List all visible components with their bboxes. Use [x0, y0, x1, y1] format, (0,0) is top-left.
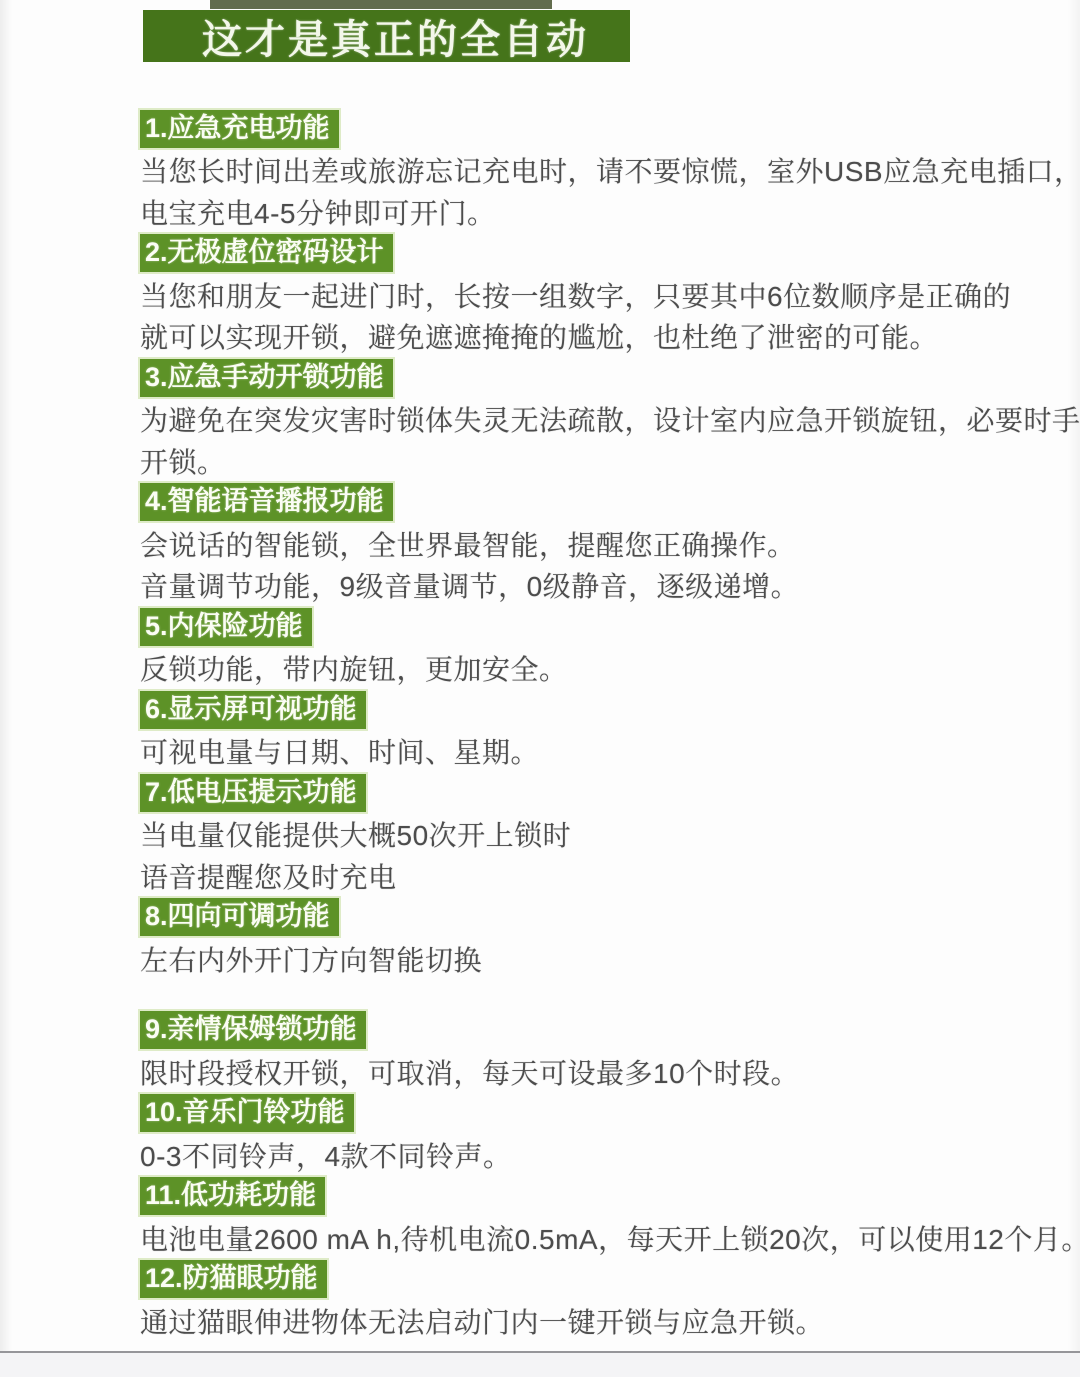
features-list: 1.应急充电功能 当您长时间出差或旅游忘记充电时，请不要惊慌，室外USB应急充电… — [140, 108, 1020, 1342]
footer-area — [0, 1353, 1080, 1377]
feature-heading: 11.低功耗功能 — [140, 1177, 325, 1215]
feature-text-line: 电宝充电4-5分钟即可开门。 — [140, 192, 495, 232]
feature-heading: 6.显示屏可视功能 — [140, 691, 366, 729]
feature-item-9: 9.亲情保姆锁功能 限时段授权开锁，可取消，每天可设最多10个时段。 — [140, 1010, 1020, 1093]
feature-heading: 1.应急充电功能 — [140, 110, 339, 148]
feature-heading: 8.四向可调功能 — [140, 898, 339, 936]
feature-text-line: 当您长时间出差或旅游忘记充电时，请不要惊慌，室外USB应急充电插口，充 — [140, 150, 1080, 190]
feature-text-line: 反锁功能，带内旋钮，更加安全。 — [140, 648, 568, 688]
feature-item-12: 12.防猫眼功能 通过猫眼伸进物体无法启动门内一键开锁与应急开锁。 — [140, 1259, 1020, 1342]
feature-text-line: 会说话的智能锁，全世界最智能，提醒您正确操作。 — [140, 524, 796, 564]
feature-text-line: 当您和朋友一起进门时，长按一组数字，只要其中6位数顺序是正确的 — [140, 275, 1011, 315]
feature-text-line: 就可以实现开锁，避免遮遮掩掩的尴尬，也杜绝了泄密的可能。 — [140, 316, 938, 356]
feature-text-line: 开锁。 — [140, 441, 226, 481]
feature-heading: 5.内保险功能 — [140, 608, 312, 646]
feature-item-1: 1.应急充电功能 当您长时间出差或旅游忘记充电时，请不要惊慌，室外USB应急充电… — [140, 108, 1020, 233]
feature-item-6: 6.显示屏可视功能 可视电量与日期、时间、星期。 — [140, 689, 1020, 772]
feature-text-line: 当电量仅能提供大概50次开上锁时 — [140, 814, 571, 854]
feature-text-line: 电池电量2600 mA h,待机电流0.5mA，每天开上锁20次，可以使用12个… — [140, 1218, 1080, 1258]
feature-text-line: 左右内外开门方向智能切换 — [140, 939, 482, 979]
feature-item-8: 8.四向可调功能 左右内外开门方向智能切换 — [140, 897, 1020, 980]
feature-heading: 4.智能语音播报功能 — [140, 483, 393, 521]
product-description-page: 这才是真正的全自动 1.应急充电功能 当您长时间出差或旅游忘记充电时，请不要惊慌… — [0, 0, 1080, 1377]
feature-heading: 9.亲情保姆锁功能 — [140, 1011, 366, 1049]
feature-item-7: 7.低电压提示功能 当电量仅能提供大概50次开上锁时 语音提醒您及时充电 — [140, 772, 1020, 897]
feature-text-line: 限时段授权开锁，可取消，每天可设最多10个时段。 — [140, 1052, 799, 1092]
feature-heading: 2.无极虚位密码设计 — [140, 234, 393, 272]
feature-item-2: 2.无极虚位密码设计 当您和朋友一起进门时，长按一组数字，只要其中6位数顺序是正… — [140, 233, 1020, 358]
feature-heading: 12.防猫眼功能 — [140, 1260, 327, 1298]
feature-item-5: 5.内保险功能 反锁功能，带内旋钮，更加安全。 — [140, 606, 1020, 689]
feature-text-line: 可视电量与日期、时间、星期。 — [140, 731, 539, 771]
feature-item-11: 11.低功耗功能 电池电量2600 mA h,待机电流0.5mA，每天开上锁20… — [140, 1176, 1020, 1259]
feature-text-line: 0-3不同铃声，4款不同铃声。 — [140, 1135, 512, 1175]
feature-item-3: 3.应急手动开锁功能 为避免在突发灾害时锁体失灵无法疏散，设计室内应急开锁旋钮，… — [140, 357, 1020, 482]
feature-text-line: 音量调节功能，9级音量调节，0级静音，逐级递增。 — [140, 565, 799, 605]
feature-item-10: 10.音乐门铃功能 0-3不同铃声，4款不同铃声。 — [140, 1093, 1020, 1176]
feature-text-line: 为避免在突发灾害时锁体失灵无法疏散，设计室内应急开锁旋钮，必要时手动 — [140, 399, 1080, 439]
page-title-banner: 这才是真正的全自动 — [143, 10, 630, 62]
page-title: 这才是真正的全自动 — [184, 8, 589, 65]
feature-heading: 7.低电压提示功能 — [140, 774, 366, 812]
feature-item-4: 4.智能语音播报功能 会说话的智能锁，全世界最智能，提醒您正确操作。 音量调节功… — [140, 482, 1020, 607]
feature-text-line: 通过猫眼伸进物体无法启动门内一键开锁与应急开锁。 — [140, 1301, 824, 1341]
feature-heading: 3.应急手动开锁功能 — [140, 359, 393, 397]
feature-text-line: 语音提醒您及时充电 — [140, 856, 397, 896]
feature-heading: 10.音乐门铃功能 — [140, 1094, 354, 1132]
